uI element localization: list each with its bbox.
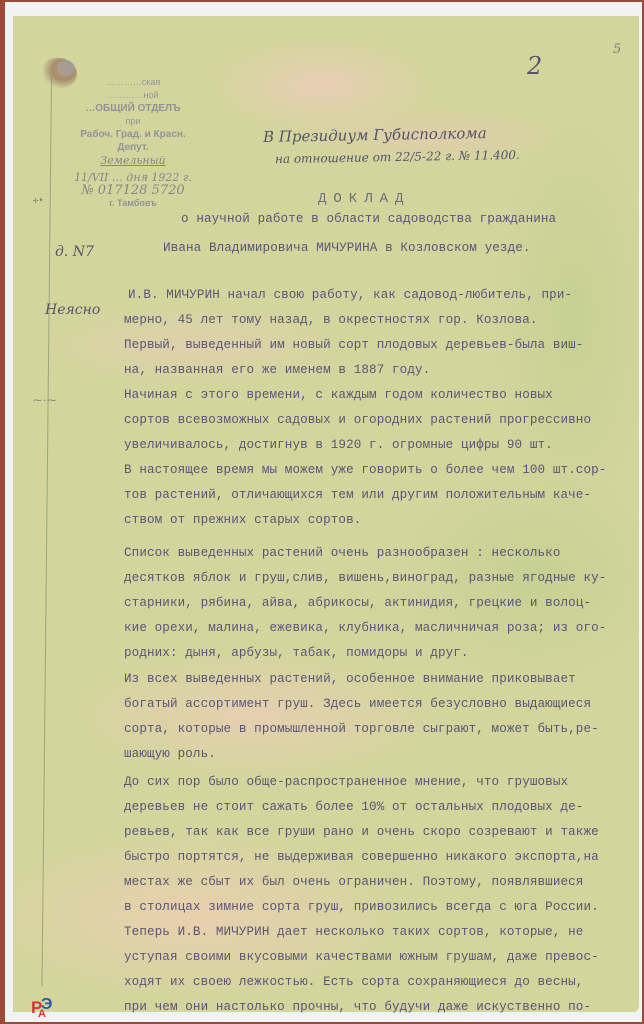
body-line: тов растений, отличающихся тем или други…: [124, 488, 591, 502]
document-title: ДОКЛАД: [318, 191, 410, 207]
body-line: местах же сбыт их был очень ограничен. П…: [124, 875, 583, 889]
margin-mark-icon: ✢•: [33, 196, 44, 206]
file-mark: д. N7: [55, 244, 94, 260]
stamp-line-5: Рабоч. Град. и Красн. Депут.: [68, 128, 198, 154]
body-line: И.В. МИЧУРИН начал свою работу, как садо…: [128, 288, 572, 302]
addressee-reference: на отношение от 22/5-22 г. № 11.400.: [275, 148, 520, 166]
body-line: уступая своими вкусовыми качествами южны…: [124, 950, 599, 964]
body-line: ходят их своею лежкостью. Есть сорта сох…: [124, 975, 583, 989]
stamp-department: Земельный: [68, 154, 198, 167]
subtitle-line-2: Ивана Владимировича МИЧУРИНА в Козловско…: [163, 241, 633, 255]
viewer-frame: …………ская …………ной …ОБЩИЙ ОТДЕЛЪ при Рабоч…: [0, 0, 644, 1024]
body-line: кие орехи, малина, ежевика, клубника, ма…: [124, 621, 606, 635]
body-line: богатый ассортимент груш. Здесь имеется …: [124, 697, 591, 711]
body-line: при чем они настолько прочны, что будучи…: [124, 1000, 591, 1014]
stamp-line-1: …………ская: [68, 76, 198, 89]
logo-letter-a: А: [38, 1008, 46, 1020]
stamp-line-2: …………ной: [68, 89, 198, 102]
body-line: шающую роль.: [124, 747, 216, 761]
body-line: сорта, которые в промышленной торговле с…: [124, 722, 599, 736]
body-line: Список выведенных растений очень разнооб…: [124, 546, 560, 560]
body-line: быстро портятся, не выдерживая совершенн…: [124, 850, 599, 864]
body-line: До сих пор было обще-распространенное мн…: [124, 775, 568, 789]
document-page: …………ская …………ной …ОБЩИЙ ОТДЕЛЪ при Рабоч…: [13, 16, 639, 1012]
stamp-number: № 017128 5720: [68, 184, 198, 197]
body-line: увеличивалось, достигнув в 1920 г. огром…: [124, 438, 553, 452]
margin-mark-icon: ⁓·⁓: [33, 396, 56, 406]
addressee: В Президиум Губисполкома: [263, 124, 487, 146]
body-line: Первый, выведенный им новый сорт плодовы…: [124, 338, 583, 352]
body-line: деревьев не стоит сажать более 10% от ос…: [124, 800, 583, 814]
margin-note: Неясно: [45, 302, 100, 318]
body-line: старники, рябина, айва, абрикосы, актини…: [124, 596, 591, 610]
stamp-line-4: при: [68, 115, 198, 128]
body-line: в столицах зимние сорта груш, привозилис…: [124, 900, 599, 914]
margin-fold-line: [41, 76, 52, 986]
archive-logo: Р Э А: [31, 998, 55, 1024]
body-line: мерно, 45 лет тому назад, в окрестностях…: [124, 313, 538, 327]
body-line: В настоящее время мы можем уже говорить …: [124, 463, 606, 477]
body-line: на, названная его же именем в 1887 году.: [124, 363, 430, 377]
body-line: десятков яблок и груш,слив, вишень,виног…: [124, 571, 606, 585]
body-line: ством от прежних старых сортов.: [124, 513, 361, 527]
body-line: ревьев, так как все груши рано и очень с…: [124, 825, 599, 839]
body-line: родних: дыня, арбузы, табак, помидоры и …: [124, 646, 469, 660]
stamp-line-3: …ОБЩИЙ ОТДЕЛЪ: [68, 102, 198, 115]
page-number: 2: [527, 52, 542, 80]
registration-stamp: …………ская …………ной …ОБЩИЙ ОТДЕЛЪ при Рабоч…: [68, 76, 198, 210]
body-line: сортов всевозможных садовых и огородних …: [124, 413, 591, 427]
body-line: Теперь И.В. МИЧУРИН дает несколько таких…: [124, 925, 583, 939]
stamp-city: г. Тамбовъ: [68, 197, 198, 210]
sheet-number: 5: [613, 42, 621, 57]
body-line: Из всех выведенных растений, особенное в…: [124, 672, 576, 686]
paper-stain-blue: [57, 60, 75, 76]
subtitle-line-1: о научной работе в области садоводства г…: [181, 212, 644, 226]
body-line: Начиная с этого времени, с каждым годом …: [124, 388, 553, 402]
